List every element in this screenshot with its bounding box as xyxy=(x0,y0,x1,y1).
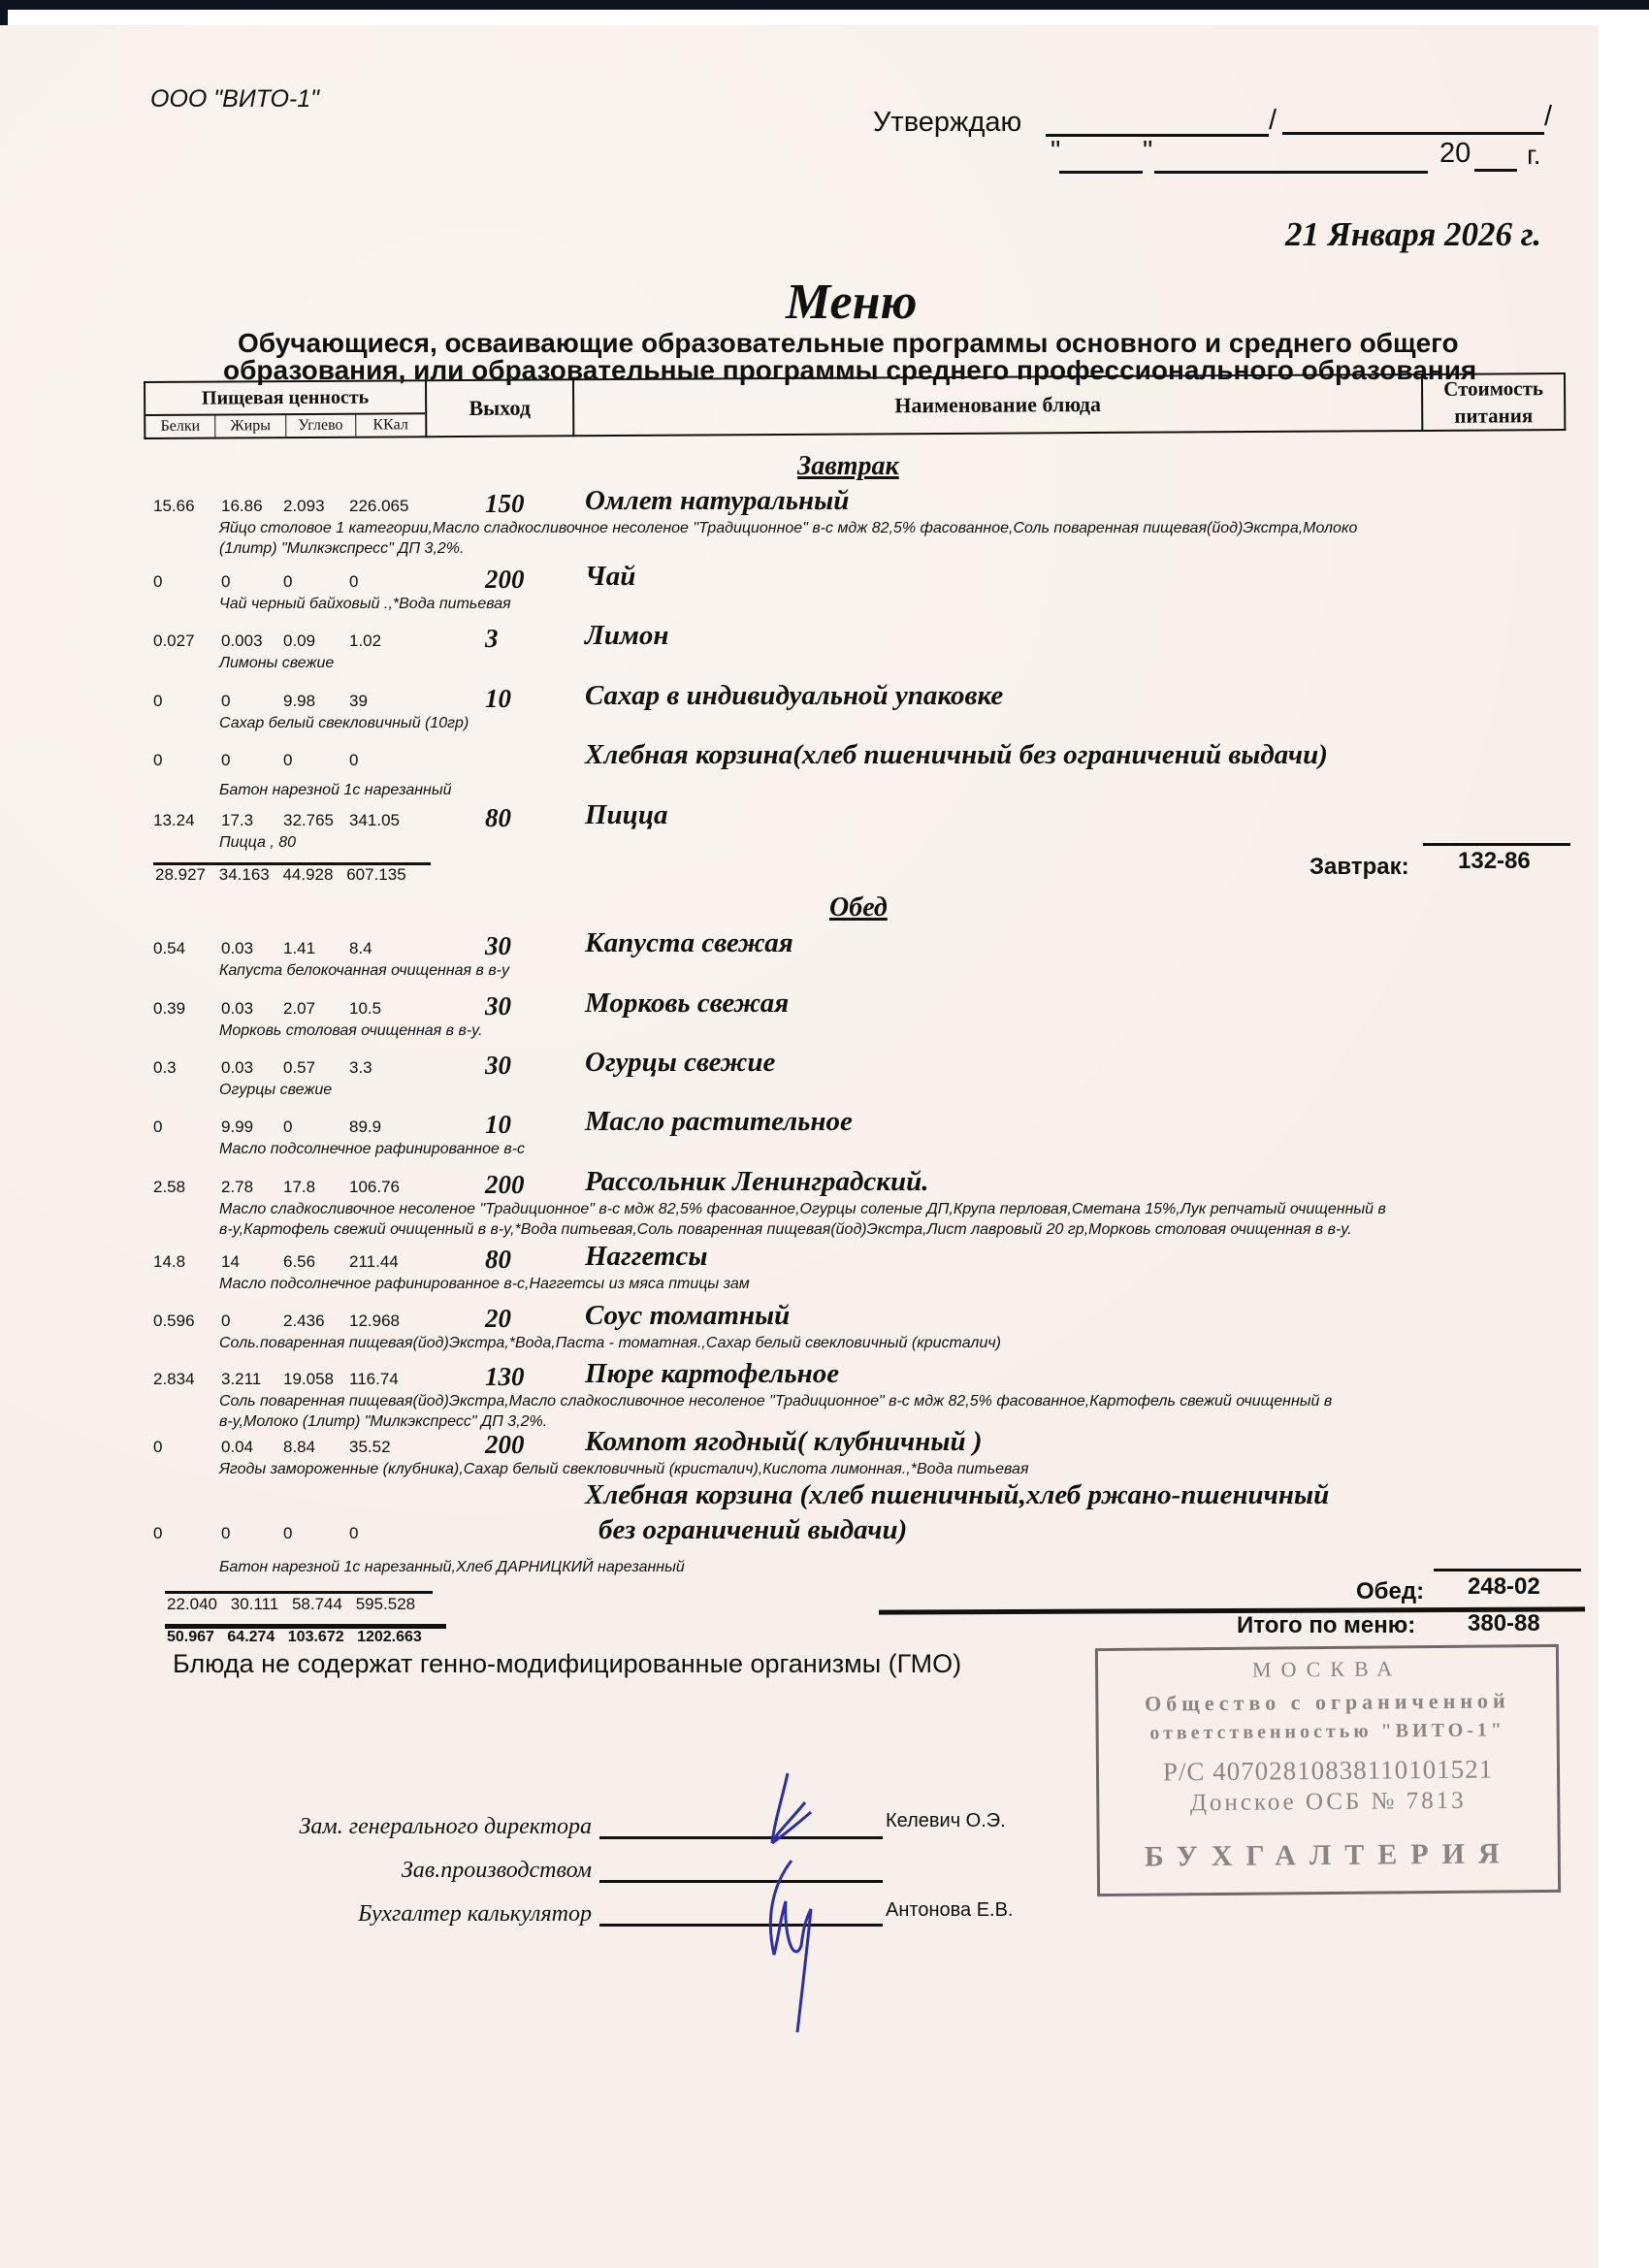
dish-yield: 200 xyxy=(485,1170,525,1200)
lunch-cost-label: Обед: xyxy=(1356,1578,1424,1605)
dish-ingredients: Чай черный байховый .,*Вода питьевая xyxy=(219,596,511,613)
quote-close: " xyxy=(1143,136,1152,168)
dish-ingredients: Пицца , 80 xyxy=(219,834,296,852)
nutrition-protein: 0 xyxy=(153,1438,162,1457)
signature-name-3: Антонова Е.В. xyxy=(886,1899,1013,1922)
dish-ingredients: (1литр) "Милкэкспресс" ДП 3,2%. xyxy=(219,540,464,558)
signature-role-1: Зам. генерального директора xyxy=(155,1814,592,1840)
total-carbs: 44.928 xyxy=(282,865,333,884)
dish-name: Хлебная корзина(хлеб пшеничный без огран… xyxy=(585,739,1328,771)
breakfast-cost-label: Завтрак: xyxy=(1309,854,1409,881)
nutrition-kcal: 0 xyxy=(349,1524,358,1543)
grand-carbs: 103.672 xyxy=(288,1629,344,1645)
nutrition-fat: 0.003 xyxy=(221,632,263,651)
nutrition-fat: 3.211 xyxy=(221,1370,261,1389)
nutrition-fat: 0 xyxy=(221,692,230,711)
organization-name: ООО "ВИТО-1" xyxy=(150,85,319,113)
dish-yield: 30 xyxy=(485,931,511,961)
signature-role-3: Бухгалтер калькулятор xyxy=(155,1901,592,1928)
dish-name-header: Наименование блюда xyxy=(573,374,1422,436)
nutrition-fat: 0 xyxy=(221,1524,230,1543)
col-kcal: ККал xyxy=(356,414,425,436)
dish-yield: 150 xyxy=(485,489,525,519)
grand-fat: 64.274 xyxy=(227,1629,275,1645)
dish-name: Огурцы свежие xyxy=(585,1047,775,1079)
dish-yield: 10 xyxy=(485,684,511,714)
stamp-line-2: Общество с ограниченной xyxy=(1098,1688,1556,1717)
nutrition-protein: 2.58 xyxy=(153,1178,185,1197)
nutrition-kcal: 10.5 xyxy=(349,999,381,1019)
yield-header: Выход xyxy=(426,379,573,437)
nutrition-kcal: 226.065 xyxy=(349,497,408,516)
grand-protein: 50.967 xyxy=(167,1629,214,1645)
dish-name: Соус томатный xyxy=(585,1300,790,1332)
nutrition-header-label: Пищевая ценность xyxy=(145,382,425,416)
quote-open: " xyxy=(1051,136,1060,168)
nutrition-carbs: 0.09 xyxy=(283,632,315,651)
nutrition-kcal: 12.968 xyxy=(349,1312,400,1331)
cost-header: Стоимость питания xyxy=(1422,373,1565,431)
approval-label: Утверждаю xyxy=(873,107,1021,139)
dish-name: Чай xyxy=(585,561,635,593)
col-fat: Жиры xyxy=(215,415,285,437)
stamp-account: Р/С 40702810838110101521 xyxy=(1099,1754,1557,1788)
breakfast-cost-rule xyxy=(1423,843,1570,846)
total-fat: 30.111 xyxy=(231,1595,278,1613)
col-protein: Белки xyxy=(145,415,215,437)
signature-name-1: Келевич О.Э. xyxy=(886,1810,1006,1832)
nutrition-carbs: 2.07 xyxy=(283,999,315,1019)
dish-yield: 80 xyxy=(485,803,511,833)
lunch-cost-value: 248-02 xyxy=(1468,1573,1540,1601)
year-suffix: г. xyxy=(1527,140,1541,171)
page-title: Меню xyxy=(786,274,917,331)
grand-total-cost: 380-88 xyxy=(1468,1610,1540,1637)
nutrition-carbs: 9.98 xyxy=(283,692,315,711)
cost-header-line1: Стоимость xyxy=(1423,374,1564,403)
section-lunch-title: Обед xyxy=(829,892,888,923)
dish-yield: 200 xyxy=(485,565,525,595)
lunch-nutrition-totals: 22.040 30.111 58.744 595.528 xyxy=(167,1595,424,1614)
nutrition-protein: 2.834 xyxy=(153,1370,195,1389)
nutrition-subheaders: Белки Жиры Углево ККал xyxy=(145,414,425,437)
company-stamp: МОСКВА Общество с ограниченной ответстве… xyxy=(1095,1644,1561,1896)
nutrition-kcal: 211.44 xyxy=(349,1252,399,1272)
nutrition-fat: 0 xyxy=(221,751,230,770)
nutrition-kcal: 341.05 xyxy=(349,811,400,830)
nutrition-fat: 14 xyxy=(221,1252,240,1272)
nutrition-carbs: 32.765 xyxy=(283,811,334,830)
nutrition-fat: 16.86 xyxy=(221,497,263,516)
nutrition-fat: 0.03 xyxy=(221,939,253,958)
nutrition-protein: 0 xyxy=(153,692,162,711)
nutrition-kcal: 0 xyxy=(349,572,358,592)
breakfast-cost-value: 132-86 xyxy=(1458,848,1531,875)
dish-yield: 30 xyxy=(485,1051,511,1081)
dish-ingredients: Ягоды замороженные (клубника),Сахар белы… xyxy=(219,1461,1029,1478)
dish-yield: 3 xyxy=(485,624,499,654)
nutrition-protein: 0.39 xyxy=(153,999,185,1019)
slash-end: / xyxy=(1544,101,1552,133)
dish-name: Омлет натуральный xyxy=(585,485,849,517)
dish-name: Рассольник Ленинградский. xyxy=(585,1166,929,1198)
nutrition-fat: 0 xyxy=(221,572,230,592)
dish-ingredients: Масло подсолнечное рафинированное в-с,На… xyxy=(219,1276,750,1293)
dish-ingredients: Морковь столовая очищенная в в-у. xyxy=(219,1022,483,1040)
nutrition-carbs: 0 xyxy=(283,1118,292,1137)
approval-signature-line xyxy=(1046,134,1269,137)
total-kcal: 607.135 xyxy=(346,865,405,884)
dish-ingredients: в-у,Картофель свежий очищенный в в-у,*Во… xyxy=(219,1221,1352,1239)
year-line xyxy=(1474,169,1517,172)
dish-ingredients: Лимоны свежие xyxy=(219,655,334,672)
menu-table-header: Пищевая ценность Белки Жиры Углево ККал … xyxy=(144,373,1566,439)
nutrition-protein: 13.24 xyxy=(153,811,195,830)
lunch-totals-rule xyxy=(165,1591,433,1594)
dish-name: Пицца xyxy=(585,799,667,831)
nutrition-kcal: 116.74 xyxy=(349,1370,399,1389)
nutrition-header: Пищевая ценность Белки Жиры Углево ККал xyxy=(145,380,426,438)
nutrition-fat: 0 xyxy=(221,1312,230,1331)
total-carbs: 58.744 xyxy=(292,1595,342,1613)
nutrition-carbs: 6.56 xyxy=(283,1252,315,1272)
dish-ingredients: Масло сладкосливочное несоленое "Традици… xyxy=(219,1201,1386,1218)
nutrition-fat: 17.3 xyxy=(221,811,253,830)
slash: / xyxy=(1269,105,1277,137)
nutrition-kcal: 1.02 xyxy=(349,632,381,651)
grand-total-label: Итого по меню: xyxy=(1237,1612,1415,1639)
approval-name-line xyxy=(1282,132,1544,135)
nutrition-carbs: 0 xyxy=(283,1524,292,1543)
nutrition-protein: 0 xyxy=(153,751,162,770)
total-protein: 22.040 xyxy=(167,1595,217,1613)
nutrition-carbs: 0.57 xyxy=(283,1058,315,1078)
nutrition-carbs: 1.41 xyxy=(283,939,315,958)
nutrition-kcal: 3.3 xyxy=(349,1058,372,1078)
scan-edge-top xyxy=(0,0,1649,10)
nutrition-carbs: 0 xyxy=(283,572,292,592)
nutrition-kcal: 8.4 xyxy=(349,939,372,958)
dish-yield: 20 xyxy=(485,1304,511,1334)
dish-ingredients: Соль поваренная пищевая(йод)Экстра,Масло… xyxy=(219,1393,1332,1410)
nutrition-kcal: 39 xyxy=(349,692,368,711)
nutrition-carbs: 2.093 xyxy=(283,497,325,516)
nutrition-protein: 0 xyxy=(153,1524,162,1543)
nutrition-protein: 0.596 xyxy=(153,1312,195,1331)
handwritten-signature-icon xyxy=(718,1756,873,2037)
dish-yield: 80 xyxy=(485,1245,511,1275)
dish-name: Пюре картофельное xyxy=(585,1358,839,1390)
cost-header-line2: питания xyxy=(1423,402,1564,430)
nutrition-carbs: 2.436 xyxy=(283,1312,325,1331)
total-protein: 28.927 xyxy=(155,865,206,884)
total-fat: 34.163 xyxy=(219,865,270,884)
dish-name-line2: без ограничений выдачи) xyxy=(598,1514,907,1546)
nutrition-fat: 0.03 xyxy=(221,999,253,1019)
nutrition-kcal: 35.52 xyxy=(349,1438,391,1457)
nutrition-protein: 0 xyxy=(153,572,162,592)
dish-name: Лимон xyxy=(585,620,669,652)
dish-ingredients: в-у,Молоко (1литр) "Милкэкспресс" ДП 3,2… xyxy=(219,1413,547,1431)
nutrition-carbs: 8.84 xyxy=(283,1438,315,1457)
nutrition-fat: 9.99 xyxy=(221,1118,253,1137)
nutrition-carbs: 0 xyxy=(283,751,292,770)
nutrition-kcal: 89.9 xyxy=(349,1118,381,1137)
total-kcal: 595.528 xyxy=(356,1595,415,1613)
breakfast-nutrition-totals: 28.927 34.163 44.928 607.135 xyxy=(155,865,415,885)
dish-ingredients: Соль.поваренная пищевая(йод)Экстра,*Вода… xyxy=(219,1335,1001,1352)
nutrition-protein: 14.8 xyxy=(153,1252,185,1272)
stamp-city: МОСКВА xyxy=(1098,1655,1556,1684)
stamp-bank: Донское ОСБ № 7813 xyxy=(1099,1787,1557,1818)
nutrition-carbs: 17.8 xyxy=(283,1178,315,1197)
nutrition-fat: 0.03 xyxy=(221,1058,253,1078)
dish-name: Сахар в индивидуальной упаковке xyxy=(585,680,1003,712)
col-carbs: Углево xyxy=(286,414,356,436)
stamp-line-3: ответственностью "ВИТО-1" xyxy=(1099,1719,1557,1745)
dish-yield: 30 xyxy=(485,991,511,1021)
nutrition-fat: 2.78 xyxy=(221,1178,253,1197)
month-line xyxy=(1154,171,1428,174)
dish-name: Наггетсы xyxy=(585,1241,708,1273)
dish-ingredients: Батон нарезной 1с нарезанный,Хлеб ДАРНИЦ… xyxy=(219,1559,685,1576)
nutrition-protein: 0.3 xyxy=(153,1058,177,1078)
dish-name: Капуста свежая xyxy=(585,927,793,959)
nutrition-protein: 15.66 xyxy=(153,497,195,516)
gmo-note: Блюда не содержат генно-модифицированные… xyxy=(173,1649,961,1679)
grand-kcal: 1202.663 xyxy=(357,1629,422,1645)
dish-name: Морковь свежая xyxy=(585,988,789,1020)
dish-ingredients: Масло подсолнечное рафинированное в-с xyxy=(219,1141,525,1158)
nutrition-fat: 0.04 xyxy=(221,1438,253,1457)
nutrition-kcal: 106.76 xyxy=(349,1178,400,1197)
dish-ingredients: Сахар белый свекловичный (10гр) xyxy=(219,715,469,732)
nutrition-protein: 0 xyxy=(153,1118,162,1137)
nutrition-carbs: 19.058 xyxy=(283,1370,334,1389)
stamp-department: БУХГАЛТЕРИЯ xyxy=(1100,1837,1558,1874)
dish-ingredients: Яйцо столовое 1 категории,Масло сладкосл… xyxy=(219,520,1357,537)
signature-role-2: Зав.производством xyxy=(155,1858,592,1884)
dish-name: Компот ягодный( клубничный ) xyxy=(585,1426,983,1458)
dish-yield: 10 xyxy=(485,1110,511,1140)
dish-ingredients: Огурцы свежие xyxy=(219,1082,332,1099)
dish-yield: 130 xyxy=(485,1362,525,1392)
dish-ingredients: Капуста белокочанная очищенная в в-у xyxy=(219,962,509,980)
nutrition-protein: 0.54 xyxy=(153,939,185,958)
nutrition-protein: 0.027 xyxy=(153,632,195,651)
day-line xyxy=(1059,171,1143,174)
dish-ingredients: Батон нарезной 1с нарезанный xyxy=(219,782,452,799)
lunch-cost-rule xyxy=(1434,1569,1581,1571)
grand-nutrition-totals: 50.967 64.274 103.672 1202.663 xyxy=(167,1629,431,1646)
section-breakfast-title: Завтрак xyxy=(797,451,899,482)
nutrition-kcal: 0 xyxy=(349,751,358,770)
dish-yield: 200 xyxy=(485,1430,525,1460)
dish-name: Хлебная корзина (хлеб пшеничный,хлеб ржа… xyxy=(585,1479,1329,1511)
dish-name: Масло растительное xyxy=(585,1106,853,1138)
year-prefix: 20 xyxy=(1439,138,1471,170)
menu-date: 21 Января 2026 г. xyxy=(1285,215,1541,254)
